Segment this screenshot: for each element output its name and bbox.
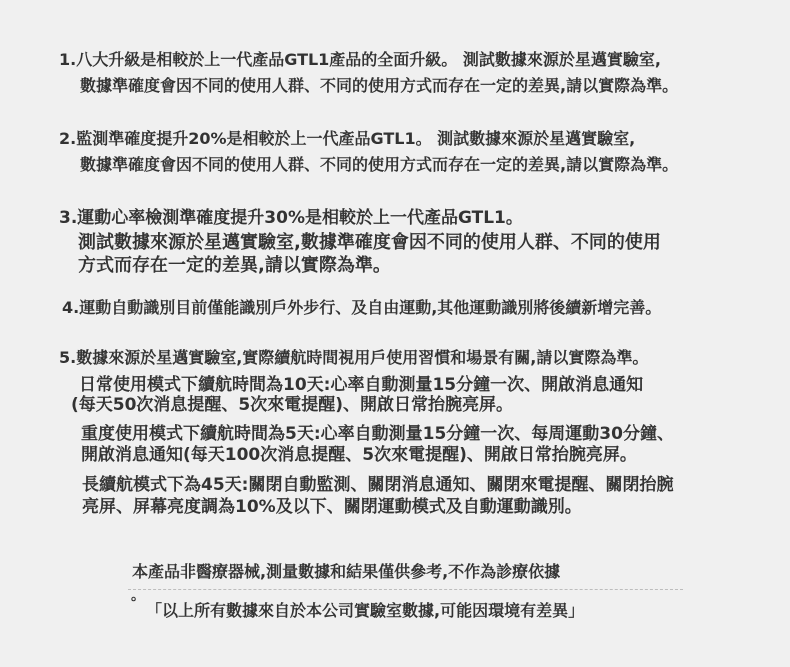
mode-heavy-line-2: 開啟消息通知(每天100次消息提醒、5次來電提醒)、開啟日常抬腕亮屏。 [81,440,637,465]
note-4-line-1: 4.運動自動識別目前僅能識別戶外步行、及自由運動,其他運動識別將後續新增完善。 [62,295,661,318]
mode-daily-line-2: (每天50次消息提醒、5次來電提醒)、開啟日常抬腕亮屏。 [71,390,513,415]
dotted-divider [128,589,683,590]
note-2-line-2: 數據準確度會因不同的使用人群、不同的使用方式而存在一定的差異,請以實際為準。 [80,152,678,175]
note-1-line-1: 1.八大升級是相較於上一代產品GTL1產品的全面升級。 測試數據來源於星邁實驗室… [59,47,661,70]
note-1-line-2: 數據準確度會因不同的使用人群、不同的使用方式而存在一定的差異,請以實際為準。 [80,73,678,96]
mode-long-battery-line-2: 亮屏、屏幕亮度調為10%及以下、關閉運動模式及自動運動識別。 [82,492,582,517]
note-3-line-3: 方式而存在一定的差異,請以實際為準。 [78,251,391,277]
note-5-line-1: 5.數據來源於星邁實驗室,實際續航時間視用戶使用習慣和場景有關,請以實際為準。 [59,345,648,368]
disclaimer-line-2: 「以上所有數據來自於本公司實驗室數據,可能因環境有差異」 [146,598,584,621]
disclaimer-line-1: 本產品非醫療器械,測量數據和結果僅供參考,不作為診療依據 [132,559,560,582]
disclaimer-period: 。 [131,585,145,605]
note-3-line-1: 3.運動心率檢測準確度提升30%是相較於上一代產品GTL1。 [59,203,523,228]
note-2-line-1: 2.監測準確度提升20%是相較於上一代產品GTL1。 測試數據來源於星邁實驗室, [59,126,635,149]
